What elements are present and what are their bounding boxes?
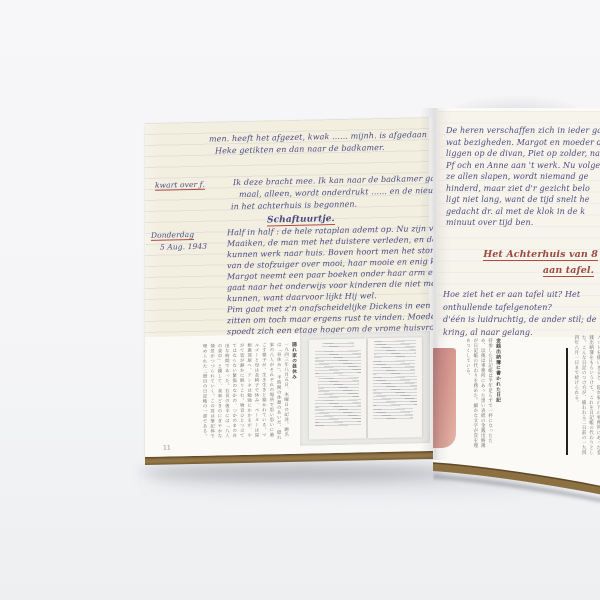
section-heading: aan tafel. (466, 265, 594, 276)
section-heading: Het Achterhuis van 8 (466, 249, 598, 260)
typed-text-block (318, 377, 359, 398)
divider-rule (566, 348, 568, 455)
typed-text-block (373, 409, 413, 422)
handwriting-line: d'één is luidruchtig, de ander stil; de (443, 314, 597, 327)
caption-right-heading: 金銭出納簿に書かれた日記 (494, 338, 501, 448)
handwriting-line: liggen op de divan, Piet op zolder, na (446, 148, 600, 160)
caption-left-body: 一九四三年八月五日、木曜日の記述。題名は「昼休み」。半時間の休憩のあいだ、隠れ家… (201, 342, 290, 442)
handwriting-line: Pf och en Anne aan 't werk. Nu volgen (446, 160, 600, 172)
sidebar-japanese-text: ノートを使いきると、隠れ家の下の事務所にあった金銭出納簿をもらいうけて、これを日… (573, 335, 600, 457)
handwriting-line: Hoe ziet het er aan tafel uit? Het (443, 289, 597, 302)
handwriting-line: hinderd, maar ziet d'r gezicht belo (446, 183, 600, 195)
book-bottom-shadow (138, 464, 448, 480)
handwriting-line: ze allen slapen, wordt niemand ge (446, 171, 600, 183)
right-page: De heren verschaffen zich in ieder gaat … (433, 108, 600, 462)
margin-date: 5 Aug. 1943 (160, 241, 207, 253)
typed-text-block (315, 400, 361, 427)
typescript-photo (300, 331, 430, 446)
typed-text-block (373, 376, 417, 407)
page-number: 11 (163, 444, 171, 451)
handwriting-line: ligt niet lang, want de tijd snelt he (446, 194, 600, 206)
red-cover-photo (433, 348, 456, 448)
caption-left-japanese: 隠れ家の昼休み 一九四三年八月五日、木曜日の記述。題名は「昼休み」。半時間の休憩… (159, 342, 297, 443)
left-facsimile-manuscript: men. heeft het afgezet, kwak ...... mijn… (145, 117, 429, 337)
manuscript-paragraph: De heren verschaffen zich in ieder gaat … (446, 125, 600, 229)
handwriting-line: wat bezigheden. Margot en moeder de (446, 137, 600, 149)
margin-note: kwart over ƒ. (155, 179, 205, 191)
typed-page-right (368, 337, 423, 439)
caption-left-heading: 隠れ家の昼休み (290, 342, 297, 440)
manuscript-paragraph: Half in half : de hele rataplan ademt op… (227, 222, 436, 337)
caption-right-body: 持参した日記帳は半年足らずで一杯になったため、以後は事務所にあった黒い表紙の金銭… (467, 338, 494, 448)
typed-text-block (373, 360, 415, 375)
handwriting-line: onthullende tafelgenoten? (443, 302, 597, 315)
handwriting-line: men. heeft het afgezet, kwak ...... mijn… (209, 129, 427, 145)
right-facsimile-manuscript: De heren verschaffen zich in ieder gaat … (438, 111, 600, 337)
handwriting-line: Heke getikten en dan naar de badkamer. (215, 142, 385, 157)
typed-text-block (322, 343, 354, 350)
left-page: men. heeft het afgezet, kwak ...... mijn… (145, 117, 436, 457)
margin-date: Donderdag (151, 229, 194, 241)
manuscript-paragraph: Hoe ziet het er aan tafel uit? Het onthu… (443, 289, 597, 339)
typed-text-block (374, 340, 416, 359)
handwriting-line: gedacht dr. al met de klok in de k (446, 206, 600, 218)
handwriting-line: De heren verschaffen zich in ieder gaat (446, 125, 600, 137)
handwriting-line: in het achterhuis is begonnen. (231, 199, 357, 213)
caption-right-japanese: 金銭出納簿に書かれた日記 持参した日記帳は半年足らずで一杯になったため、以後は事… (467, 338, 501, 448)
handwriting-line: minuut over tijd ben. (446, 217, 600, 229)
book-photo-scene: men. heeft het afgezet, kwak ...... mijn… (0, 0, 600, 600)
typed-page-left (309, 338, 366, 440)
typed-text-block (315, 351, 361, 376)
right-page-curl (433, 453, 600, 513)
